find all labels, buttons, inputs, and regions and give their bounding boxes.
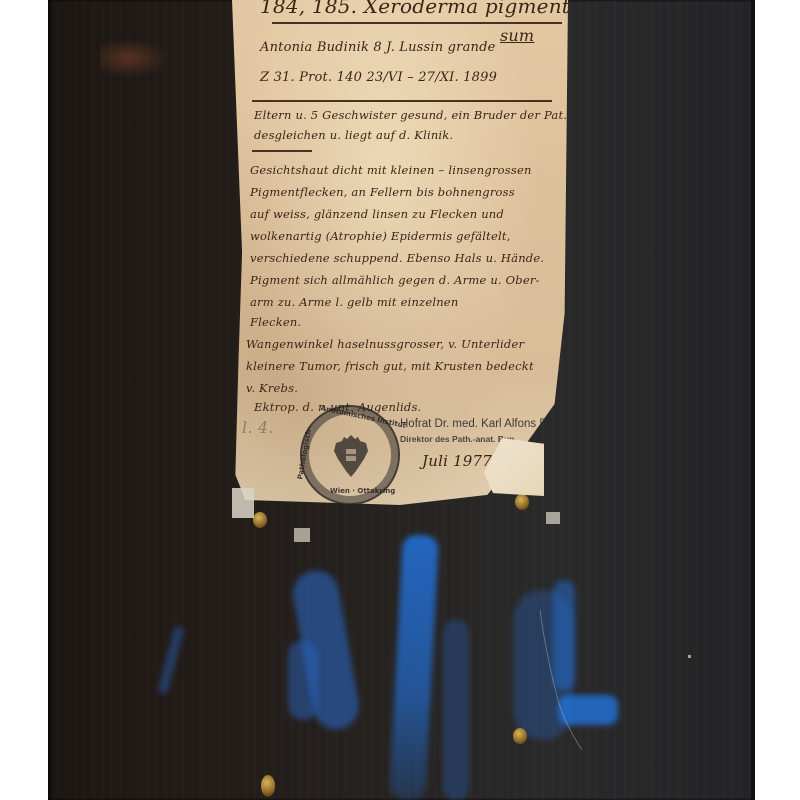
stamp-bottom-text: Wien · Ottakring [330,487,395,495]
blue-mark [389,534,439,800]
history-line: desgleichen u. liegt auf d. Klinik. [254,128,453,142]
rust-stain [100,38,170,78]
date-note: Juli 1977 [422,452,492,470]
section-divider [252,100,552,102]
brass-screw-hook [261,775,275,797]
label-title-continued: sum [500,26,534,45]
institute-stamp: Anatomisches Institut Pathologisch- Wien… [300,405,400,505]
short-divider [252,150,312,152]
brass-screw-eye [513,728,527,744]
paint-chip [294,528,310,542]
description-line: auf weiss, glänzend linsen zu Flecken un… [250,207,504,221]
description-line: kleinere Tumor, frisch gut, mit Krusten … [246,359,534,373]
description-line: verschiedene schuppend. Ebenso Hals u. H… [250,251,544,265]
protocol-line: Z 31. Prot. 140 23/VI – 27/XI. 1899 [260,70,497,85]
board-edge [751,0,755,800]
specimen-label: 184, 185. Xeroderma pigmento sum Antonia… [232,0,568,505]
eagle-emblem-icon [332,431,370,479]
description-line: Gesichtshaut dicht mit kleinen – linseng… [250,163,532,177]
wood-crack [538,610,598,750]
paint-chip [688,655,691,658]
description-line: Wangenwinkel haselnussgrosser, v. Unterl… [246,337,524,351]
blue-mark [157,625,185,695]
brass-screw-eye [515,494,529,510]
description-line: arm zu. Arme l. gelb mit einzelnen [250,295,458,309]
description-line: Pigmentflecken, an Fellern bis bohnengro… [250,185,515,199]
blue-mark [288,640,318,720]
brass-screw-eye [253,512,267,528]
title-underline [272,22,562,24]
paint-chip [546,512,560,524]
label-torn-edge [232,488,254,518]
stamp-left-text: Pathologisch- [296,426,313,480]
description-line: v. Krebs. [246,381,298,395]
description-line: Flecken. [250,315,301,329]
description-line: wolkenartig (Atrophie) Epidermis gefälte… [250,229,511,243]
printed-title: Direktor des Path.-anat. Bun [400,434,514,444]
history-line: Eltern u. 5 Geschwister gesund, ein Brud… [254,108,567,122]
blue-mark [443,620,469,800]
description-line: Pigment sich allmählich gegen d. Arme u.… [250,273,540,287]
label-title: 184, 185. Xeroderma pigmento [260,0,582,18]
printed-name: Hofrat Dr. med. Karl Alfons R [400,418,548,430]
patient-line: Antonia Budinik 8 J. Lussin grande [260,40,496,55]
pencil-note: l. 4. [242,418,274,437]
